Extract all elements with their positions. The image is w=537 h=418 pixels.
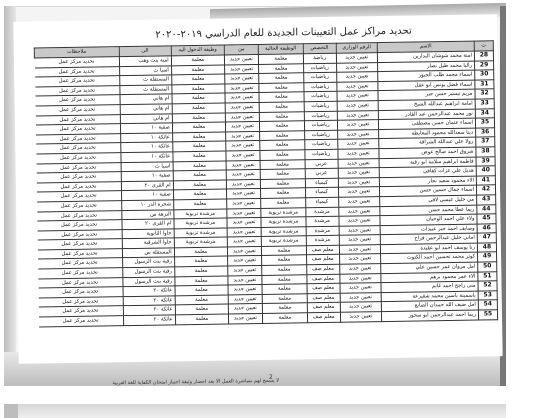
row-specialization: رياضة bbox=[303, 53, 336, 63]
row-number: 32 bbox=[475, 89, 494, 99]
row-number: 55 bbox=[478, 310, 497, 320]
row-specialization: معلم صف bbox=[307, 283, 340, 293]
row-number: 44 bbox=[477, 204, 496, 214]
row-from: تعيين جديد bbox=[227, 237, 261, 247]
row-from: تعيين جديد bbox=[225, 102, 259, 112]
row-to: جاوا الثانوية bbox=[122, 229, 174, 239]
row-to: ام هاني bbox=[120, 104, 172, 114]
row-number: 38 bbox=[476, 147, 495, 157]
row-number: 47 bbox=[477, 233, 496, 243]
row-to: عائكة ١٠ bbox=[120, 152, 172, 162]
row-from: تعيين جديد bbox=[227, 227, 261, 237]
row-specialization: مرشدة bbox=[305, 207, 338, 217]
row-specialization: كيمياء bbox=[305, 188, 338, 198]
row-to: اسيا ث bbox=[119, 65, 171, 75]
header-num: ت bbox=[474, 41, 493, 51]
row-number: 39 bbox=[476, 156, 495, 166]
row-from: تعيين جديد bbox=[226, 160, 260, 170]
row-from: تعيين جديد bbox=[225, 122, 259, 132]
row-from: تعيين جديد bbox=[227, 246, 261, 256]
row-from: تعيين جديد bbox=[228, 304, 262, 314]
row-from: تعيين جديد bbox=[227, 198, 261, 208]
row-specialization: رياضيات bbox=[304, 111, 337, 121]
row-to: شجرة الدر ١٠ bbox=[121, 200, 173, 210]
row-to: المستقلة س bbox=[122, 248, 174, 258]
row-specialization: معلم صف bbox=[306, 245, 339, 255]
row-to: عائكة ٢٠ bbox=[123, 286, 175, 296]
row-number: 46 bbox=[477, 223, 496, 233]
row-number: 30 bbox=[475, 70, 494, 80]
row-specialization: كيمياء bbox=[305, 197, 338, 207]
row-number: 45 bbox=[477, 214, 496, 224]
row-number: 29 bbox=[475, 60, 494, 70]
row-to: عائكة ٢٠ bbox=[123, 315, 175, 325]
row-to: جاوا الشرقية bbox=[122, 238, 174, 248]
row-specialization: كيمياء bbox=[305, 178, 338, 188]
row-to: عائكة ١٠ bbox=[120, 133, 172, 143]
row-number: 28 bbox=[474, 51, 493, 61]
row-number: 43 bbox=[477, 195, 496, 205]
row-to: المستقلة ث bbox=[119, 85, 171, 95]
document-page: تحديد مراكز عمل التعيينات الجديدة للعام … bbox=[13, 14, 502, 364]
row-specialization: معلم صف bbox=[307, 303, 340, 313]
row-number: 34 bbox=[475, 108, 494, 118]
row-from: تعيين جديد bbox=[227, 208, 261, 218]
row-number: 42 bbox=[476, 185, 495, 195]
row-specialization: رياضيات bbox=[304, 120, 337, 130]
row-number: 50 bbox=[478, 262, 497, 272]
row-from: تعيين جديد bbox=[224, 64, 258, 74]
row-specialization: معلم صف bbox=[306, 264, 339, 274]
row-number: 33 bbox=[475, 99, 494, 109]
row-from: تعيين جديد bbox=[226, 179, 260, 189]
row-specialization: رياضيات bbox=[304, 101, 337, 111]
row-number: 52 bbox=[478, 281, 497, 291]
row-number: 54 bbox=[478, 300, 497, 310]
row-to: ام القرى ٢٠ bbox=[121, 181, 173, 191]
row-from: تعيين جديد bbox=[227, 218, 261, 228]
table-body: 28امنة محمد شوشان البدارينتعيين جديدرياض… bbox=[34, 51, 497, 327]
row-name: ريما احمد عبدالرحمن ابو سحور bbox=[381, 310, 478, 321]
row-specialization: رياضيات bbox=[304, 130, 337, 140]
row-specialization: مرشدة bbox=[306, 226, 339, 236]
row-number: 37 bbox=[476, 137, 495, 147]
next-page-shadow bbox=[4, 404, 18, 418]
row-from: تعيين جديد bbox=[228, 294, 262, 304]
header-specialization: التخصص bbox=[303, 43, 336, 54]
row-entry-job: معلمة bbox=[175, 314, 228, 324]
row-to: ام هاني bbox=[120, 113, 172, 123]
row-to: رقية بنت الرسول bbox=[122, 257, 174, 267]
row-from: تعيين جديد bbox=[224, 54, 258, 64]
header-ministerial-number: الرقم الوزاري bbox=[336, 43, 377, 54]
row-specialization: مرشدة bbox=[306, 216, 339, 226]
row-from: تعيين جديد bbox=[226, 141, 260, 151]
row-specialization: رياضيات bbox=[303, 82, 336, 92]
row-specialization: رياضيات bbox=[304, 140, 337, 150]
row-specialization: رياضيات bbox=[303, 63, 336, 73]
row-number: 53 bbox=[478, 291, 497, 301]
row-number: 41 bbox=[476, 175, 495, 185]
row-from: تعيين جديد bbox=[226, 189, 260, 199]
row-from: تعيين جديد bbox=[228, 275, 262, 285]
row-from: تعيين جديد bbox=[228, 285, 262, 295]
row-from: تعيين جديد bbox=[228, 266, 262, 276]
row-to: عائكة ٢٠ bbox=[123, 296, 175, 306]
row-specialization: عربي bbox=[305, 168, 338, 178]
row-from: تعيين جديد bbox=[226, 170, 260, 180]
row-current-job: معلمة bbox=[263, 313, 308, 323]
row-specialization: رياضيات bbox=[304, 149, 337, 159]
header-from: من bbox=[224, 44, 258, 55]
row-specialization: معلم صف bbox=[306, 255, 339, 265]
row-number: 51 bbox=[478, 271, 497, 281]
row-to: عائكة ٢٠ bbox=[123, 305, 175, 315]
row-to: رقية بنت الرسول bbox=[122, 276, 174, 286]
row-from: تعيين جديد bbox=[226, 131, 260, 141]
header-entry-job: وظيفة الدخول اليه bbox=[171, 45, 224, 56]
row-number: 40 bbox=[476, 166, 495, 176]
row-notes: تحديد مركز عمل bbox=[38, 316, 123, 327]
row-to: صفية ١٠ bbox=[121, 190, 173, 200]
row-specialization: عربي bbox=[305, 159, 338, 169]
row-specialization: معلم صف bbox=[307, 293, 340, 303]
row-number: 36 bbox=[476, 128, 495, 138]
row-to: صفية ١٠ bbox=[120, 123, 172, 133]
row-specialization: مرشدة bbox=[306, 236, 339, 246]
row-to: امنة بنت وهب bbox=[119, 56, 171, 66]
document-title: تحديد مراكز عمل التعيينات الجديدة للعام … bbox=[153, 26, 413, 41]
row-from: تعيين جديد bbox=[225, 74, 259, 84]
row-to: عائكة ١٠ bbox=[120, 142, 172, 152]
row-from: تعيين جديد bbox=[225, 83, 259, 93]
next-scanned-page-edge bbox=[4, 404, 506, 418]
row-number: 31 bbox=[475, 80, 494, 90]
header-current-job: الوظيفة الحالية bbox=[258, 44, 303, 55]
assignments-table: ت الاسم الرقم الوزاري التخصص الوظيفة الح… bbox=[34, 40, 498, 327]
row-to: رقية بنت الرسول bbox=[122, 267, 174, 277]
row-specialization: رياضيات bbox=[303, 72, 336, 82]
row-from: تعيين جديد bbox=[226, 150, 260, 160]
row-to: النزهة س bbox=[121, 209, 173, 219]
row-from: تعيين جديد bbox=[225, 93, 259, 103]
row-number: 48 bbox=[477, 243, 496, 253]
row-specialization: رياضيات bbox=[304, 92, 337, 102]
row-specialization: معلم صف bbox=[307, 312, 340, 322]
row-to: ام هاني bbox=[120, 94, 172, 104]
row-ministerial-number: تعيين جديد bbox=[340, 312, 381, 322]
row-to: صفية ١٠ bbox=[121, 171, 173, 181]
row-specialization: معلم صف bbox=[306, 274, 339, 284]
row-to: المستقلة ث bbox=[119, 75, 171, 85]
row-from: تعيين جديد bbox=[227, 256, 261, 266]
row-to: اسيا ث bbox=[121, 161, 173, 171]
row-number: 49 bbox=[478, 252, 497, 262]
row-to: ام القرى ٢٠ bbox=[121, 219, 173, 229]
row-number: 35 bbox=[475, 118, 494, 128]
row-from: تعيين جديد bbox=[225, 112, 259, 122]
row-from: تعيين جديد bbox=[228, 313, 262, 323]
